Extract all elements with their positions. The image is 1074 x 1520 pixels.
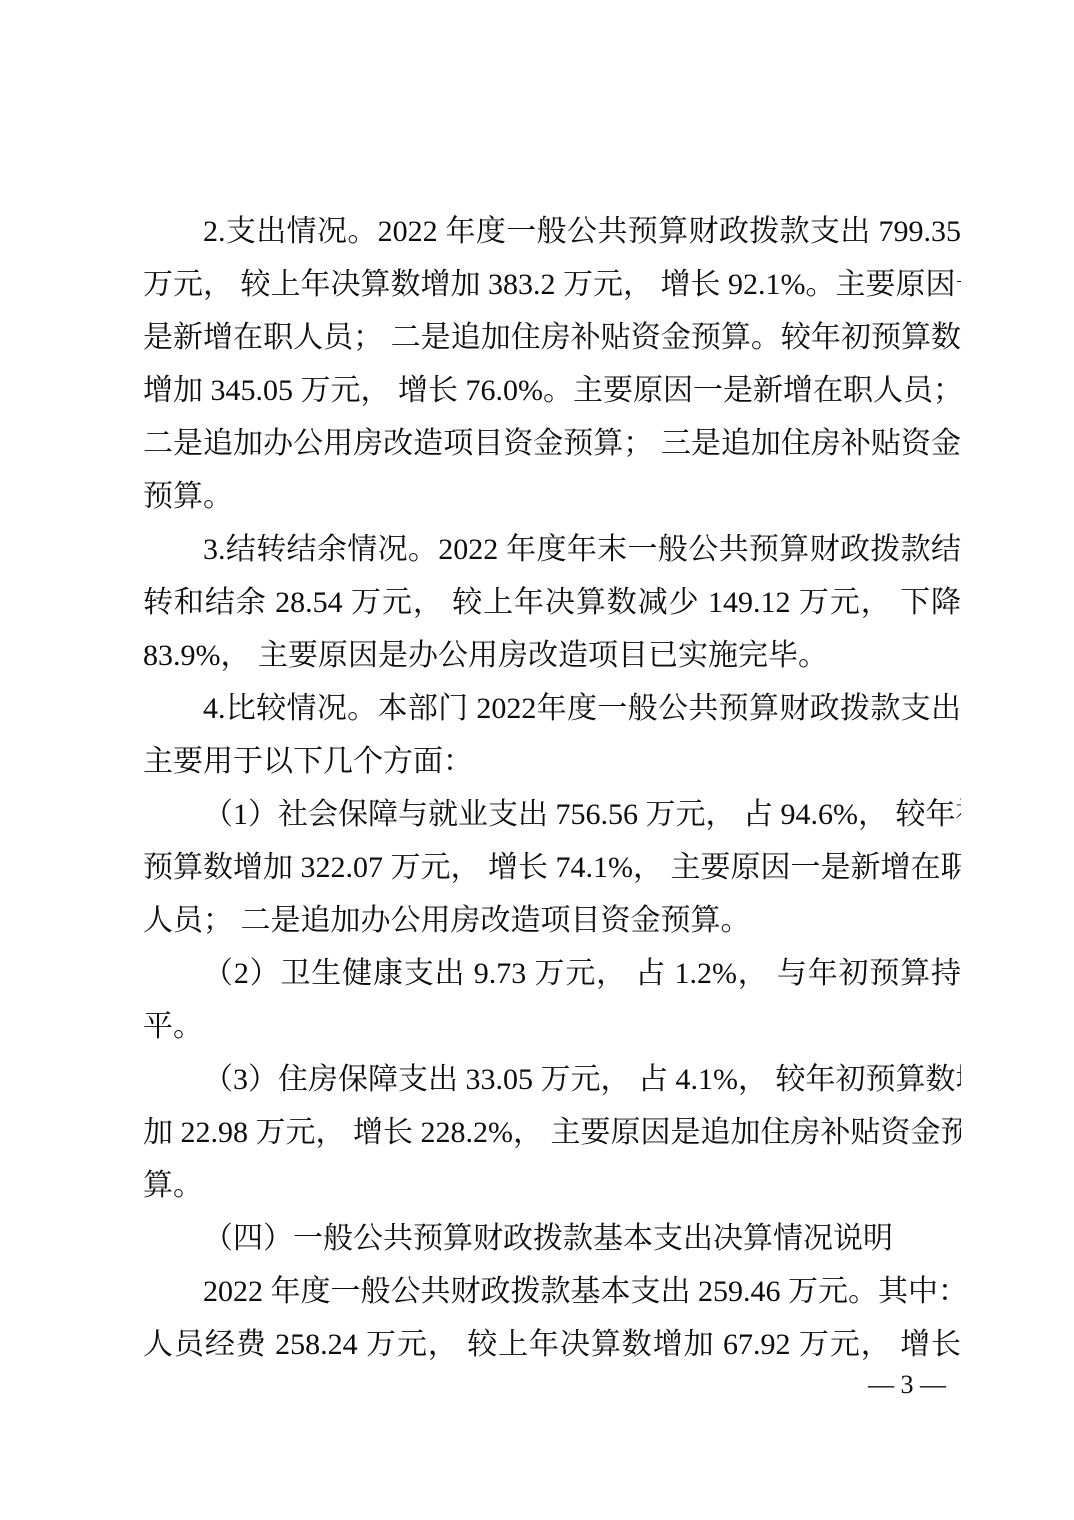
document-body: 2.支出情况。2022 年度一般公共预算财政拨款支出 799.35 万元， 较上… xyxy=(143,205,961,1371)
text-line: 3.结转结余情况。2022 年度年末一般公共预算财政拨款结 xyxy=(143,523,961,576)
paragraph-basic-expenditure: 2022 年度一般公共财政拨款基本支出 259.46 万元。其中： 人员经费 2… xyxy=(143,1265,961,1371)
text-line: 人员经费 258.24 万元， 较上年决算数增加 67.92 万元， 增长 xyxy=(143,1318,961,1371)
text-line: 预算。 xyxy=(143,470,961,523)
paragraph-expenditure-overview: 2.支出情况。2022 年度一般公共预算财政拨款支出 799.35 万元， 较上… xyxy=(143,205,961,523)
text-line: 主要用于以下几个方面： xyxy=(143,735,961,788)
paragraph-carryover-balance: 3.结转结余情况。2022 年度年末一般公共预算财政拨款结 转和结余 28.54… xyxy=(143,523,961,682)
text-line: 算。 xyxy=(143,1159,961,1212)
heading-section-4-basic-expenditure: （四）一般公共预算财政拨款基本支出决算情况说明 xyxy=(143,1212,961,1265)
document-page: 2.支出情况。2022 年度一般公共预算财政拨款支出 799.35 万元， 较上… xyxy=(0,0,1074,1520)
text-line: 2022 年度一般公共财政拨款基本支出 259.46 万元。其中： xyxy=(143,1265,961,1318)
page-number: — 3 — xyxy=(868,1370,946,1400)
text-line: 人员； 二是追加办公用房改造项目资金预算。 xyxy=(143,894,961,947)
text-line: 平。 xyxy=(143,1000,961,1053)
text-line: 是新增在职人员； 二是追加住房补贴资金预算。较年初预算数 xyxy=(143,311,961,364)
text-line: （3）住房保障支出 33.05 万元， 占 4.1%， 较年初预算数增 xyxy=(143,1053,961,1106)
paragraph-item-3-housing: （3）住房保障支出 33.05 万元， 占 4.1%， 较年初预算数增 加 22… xyxy=(143,1053,961,1212)
text-line: 4.比较情况。本部门 2022年度一般公共预算财政拨款支出 xyxy=(143,682,961,735)
text-line: 加 22.98 万元， 增长 228.2%， 主要原因是追加住房补贴资金预 xyxy=(143,1106,961,1159)
paragraph-item-2-health: （2）卫生健康支出 9.73 万元， 占 1.2%， 与年初预算持 平。 xyxy=(143,947,961,1053)
text-line: 转和结余 28.54 万元， 较上年决算数减少 149.12 万元， 下降 xyxy=(143,576,961,629)
text-line: 增加 345.05 万元， 增长 76.0%。主要原因一是新增在职人员； xyxy=(143,364,961,417)
text-line: 二是追加办公用房改造项目资金预算； 三是追加住房补贴资金 xyxy=(143,417,961,470)
paragraph-comparison-intro: 4.比较情况。本部门 2022年度一般公共预算财政拨款支出 主要用于以下几个方面… xyxy=(143,682,961,788)
text-line: （2）卫生健康支出 9.73 万元， 占 1.2%， 与年初预算持 xyxy=(143,947,961,1000)
text-line: 83.9%， 主要原因是办公用房改造项目已实施完毕。 xyxy=(143,629,961,682)
text-line: 预算数增加 322.07 万元， 增长 74.1%， 主要原因一是新增在职 xyxy=(143,841,961,894)
text-line: 万元， 较上年决算数增加 383.2 万元， 增长 92.1%。主要原因一 xyxy=(143,258,961,311)
text-line: （四）一般公共预算财政拨款基本支出决算情况说明 xyxy=(143,1212,961,1265)
text-line: 2.支出情况。2022 年度一般公共预算财政拨款支出 799.35 xyxy=(143,205,961,258)
paragraph-item-1-social-security: （1）社会保障与就业支出 756.56 万元， 占 94.6%， 较年初 预算数… xyxy=(143,788,961,947)
text-line: （1）社会保障与就业支出 756.56 万元， 占 94.6%， 较年初 xyxy=(143,788,961,841)
